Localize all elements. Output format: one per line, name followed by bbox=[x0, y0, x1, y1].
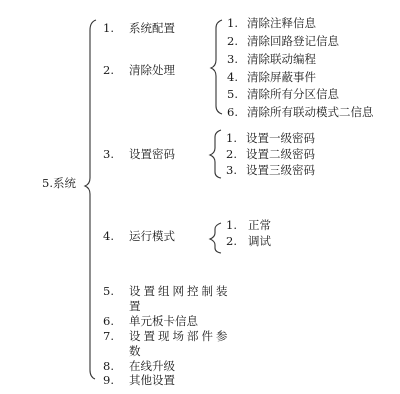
sub-clear-loop-registration[interactable]: 2.清除回路登记信息 bbox=[227, 34, 339, 48]
sub-number: 1. bbox=[226, 131, 246, 145]
sub-mode-debug[interactable]: 2.调试 bbox=[226, 234, 271, 248]
sub-number: 2. bbox=[226, 147, 246, 161]
item-number: 7. bbox=[103, 329, 129, 343]
sub-clear-linkage-mode2[interactable]: 6.清除所有联动模式二信息 bbox=[227, 105, 374, 119]
item-label: 单元板卡信息 bbox=[129, 314, 198, 328]
item-number: 4. bbox=[103, 229, 129, 243]
item-clear-processing[interactable]: 2.清除处理 bbox=[103, 63, 175, 77]
item-system-config[interactable]: 1.系统配置 bbox=[103, 21, 175, 35]
item-number: 1. bbox=[103, 21, 129, 35]
sub-label: 设置三级密码 bbox=[246, 163, 315, 177]
item-number: 5. bbox=[103, 284, 129, 298]
item-number: 2. bbox=[103, 63, 129, 77]
sub-clear-zone-info[interactable]: 5.清除所有分区信息 bbox=[227, 87, 339, 101]
sub-number: 2. bbox=[227, 34, 247, 48]
item-label: 设置密码 bbox=[129, 147, 175, 161]
sub-clear-notes[interactable]: 1.清除注释信息 bbox=[227, 16, 316, 30]
sub-label: 清除回路登记信息 bbox=[247, 34, 339, 48]
sub-label: 清除联动编程 bbox=[247, 52, 316, 66]
sub-number: 3. bbox=[227, 52, 247, 66]
sub-clear-masked-events[interactable]: 4.清除屏蔽事件 bbox=[227, 70, 316, 84]
item-network-control[interactable]: 5.设置组网控制装 bbox=[103, 284, 231, 298]
item-label: 在线升级 bbox=[129, 359, 175, 373]
item-label-line1: 设置现场部件参 bbox=[129, 329, 231, 343]
sub-password-level2[interactable]: 2.设置二级密码 bbox=[226, 147, 315, 161]
sub-label: 清除屏蔽事件 bbox=[247, 70, 316, 84]
sub-number: 1. bbox=[226, 218, 248, 232]
clear-brace bbox=[211, 20, 222, 114]
item-number: 9. bbox=[103, 373, 129, 387]
sub-label: 清除注释信息 bbox=[247, 16, 316, 30]
password-brace bbox=[210, 130, 221, 178]
item-field-params-line2: 数 bbox=[129, 344, 141, 358]
item-number: 3. bbox=[103, 147, 129, 161]
main-brace bbox=[85, 20, 96, 379]
root-label: 5.系统 bbox=[42, 176, 76, 190]
item-run-mode[interactable]: 4.运行模式 bbox=[103, 229, 175, 243]
item-set-password[interactable]: 3.设置密码 bbox=[103, 147, 175, 161]
sub-password-level3[interactable]: 3.设置三级密码 bbox=[226, 163, 315, 177]
sub-label: 清除所有分区信息 bbox=[247, 87, 339, 101]
sub-label: 清除所有联动模式二信息 bbox=[247, 105, 374, 119]
item-other-settings[interactable]: 9.其他设置 bbox=[103, 373, 175, 387]
item-field-params[interactable]: 7.设置现场部件参 bbox=[103, 329, 231, 343]
sub-number: 6. bbox=[227, 105, 247, 119]
sub-label: 设置二级密码 bbox=[246, 147, 315, 161]
mode-brace bbox=[210, 223, 221, 253]
item-number: 6. bbox=[103, 314, 129, 328]
item-label: 清除处理 bbox=[129, 63, 175, 77]
sub-number: 4. bbox=[227, 70, 247, 84]
sub-label: 设置一级密码 bbox=[246, 131, 315, 145]
item-label: 其他设置 bbox=[129, 373, 175, 387]
item-number: 8. bbox=[103, 359, 129, 373]
sub-number: 1. bbox=[227, 16, 247, 30]
item-network-control-line2: 置 bbox=[129, 299, 141, 313]
sub-label: 调试 bbox=[248, 234, 271, 248]
sub-label: 正常 bbox=[248, 218, 271, 232]
item-online-upgrade[interactable]: 8.在线升级 bbox=[103, 359, 175, 373]
item-label: 系统配置 bbox=[129, 21, 175, 35]
sub-password-level1[interactable]: 1.设置一级密码 bbox=[226, 131, 315, 145]
sub-mode-normal[interactable]: 1.正常 bbox=[226, 218, 271, 232]
sub-number: 3. bbox=[226, 163, 246, 177]
item-label-line1: 设置组网控制装 bbox=[129, 284, 231, 298]
sub-number: 5. bbox=[227, 87, 247, 101]
sub-clear-linkage-programming[interactable]: 3.清除联动编程 bbox=[227, 52, 316, 66]
item-label: 运行模式 bbox=[129, 229, 175, 243]
item-board-info[interactable]: 6.单元板卡信息 bbox=[103, 314, 198, 328]
sub-number: 2. bbox=[226, 234, 248, 248]
